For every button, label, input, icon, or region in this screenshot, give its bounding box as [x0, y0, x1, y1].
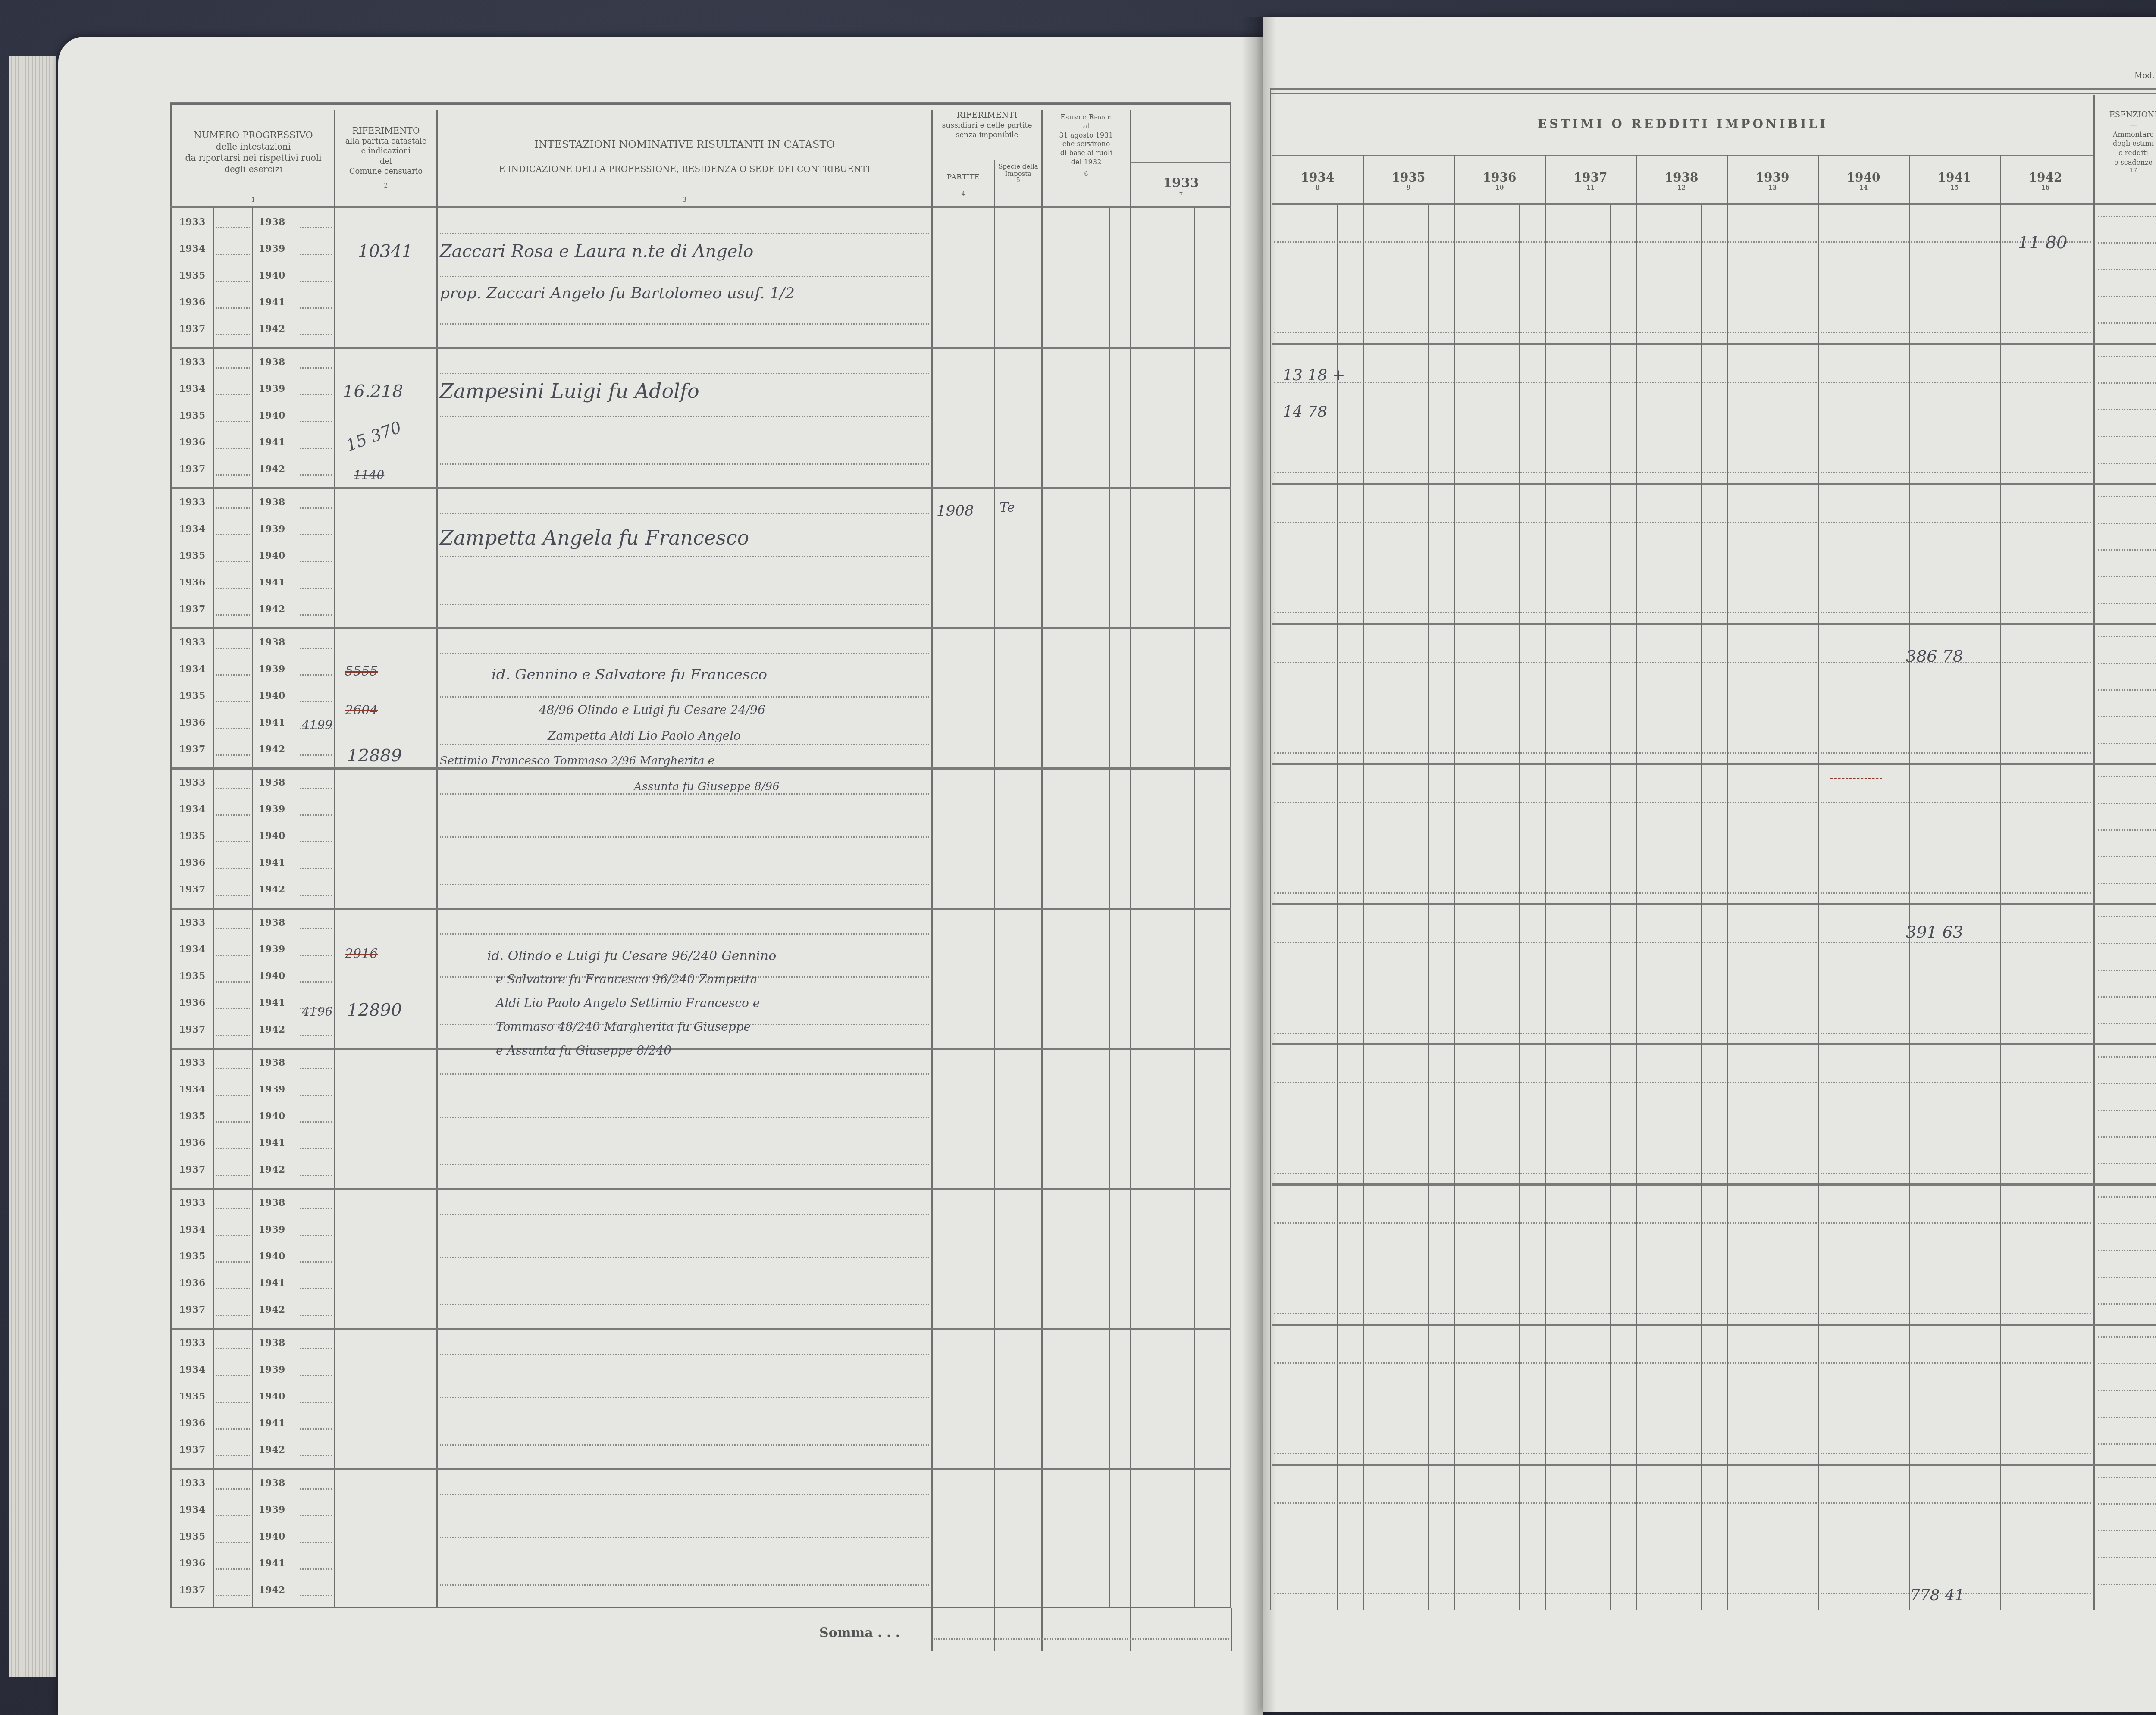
esenzioni-dotted-line	[2098, 1584, 2156, 1585]
years-subheader-line	[1272, 155, 2093, 156]
year-header-text: 1938	[1636, 170, 1727, 185]
year-header-text: 1937	[1545, 170, 1636, 185]
entry-1-line-1: Zaccari Rosa e Laura n.te di Angelo	[440, 241, 753, 261]
right-header-bottom	[1272, 203, 2156, 205]
form-identifier: Mod. 111 - Imposte Dirette (Intercalare)…	[2134, 71, 2156, 80]
esenzioni-dotted-line	[2098, 603, 2156, 604]
entry-2-line-1: Zampesini Luigi fu Adolfo	[440, 379, 699, 403]
year-dotted-line	[300, 1348, 332, 1349]
year-dotted-line	[216, 1008, 250, 1009]
year-dotted-line	[300, 281, 332, 282]
esenzioni-line4: o redditi	[2096, 148, 2156, 158]
year-column-header: 194216	[2000, 170, 2091, 191]
name-dotted-line	[440, 416, 929, 417]
year-dotted-line	[300, 1315, 332, 1316]
year-dotted-line	[216, 701, 250, 702]
col3-number: 3	[438, 196, 931, 204]
partite-header: PARTITE 4	[933, 172, 994, 198]
year-header-number: 8	[1272, 185, 1363, 191]
amount-dotted-line	[1274, 472, 2091, 473]
col-divider-6-7	[1130, 110, 1131, 1608]
esenzioni-dotted-line	[2098, 856, 2156, 857]
year-label: 1933	[179, 357, 205, 368]
year-dotted-line	[300, 1595, 332, 1596]
somma-col-6	[1041, 1608, 1043, 1651]
year-label: 1934	[179, 1224, 205, 1235]
year-dotted-line	[300, 1455, 332, 1456]
name-dotted-line	[440, 744, 929, 745]
col2-number: 2	[335, 182, 436, 190]
esenzioni-left-border	[2093, 95, 2095, 1610]
year-dotted-line	[216, 448, 250, 449]
year-dotted-line	[300, 588, 332, 589]
year-dotted-line	[300, 1148, 332, 1149]
year-column-header: 19348	[1272, 170, 1363, 191]
entry-4-line-3: Zampetta Aldi Lio Paolo Angelo	[548, 729, 741, 743]
year-header-text: 1935	[1363, 170, 1454, 185]
name-dotted-line	[440, 604, 929, 605]
year-dotted-line	[216, 1035, 250, 1036]
year-label: 1936	[179, 437, 205, 448]
name-dotted-line	[440, 373, 929, 374]
entry-10-value-1941: 778 41	[1910, 1587, 1965, 1604]
amount-dotted-line	[1274, 1453, 2091, 1454]
year-column-divider	[1909, 155, 1910, 1610]
year-label: 1938	[259, 777, 285, 788]
year-label: 1933	[179, 1477, 205, 1489]
year-label: 1935	[179, 690, 205, 701]
entry-4-value-1941: 386 78	[1906, 647, 1963, 666]
year-label: 1938	[259, 497, 285, 508]
year-label: 1937	[179, 463, 205, 475]
col7-year: 1933	[1131, 175, 1231, 191]
year-label: 1933	[179, 1197, 205, 1208]
col1-line4: degli esercizi	[172, 163, 334, 175]
esenzioni-dotted-line	[2098, 776, 2156, 777]
name-dotted-line	[440, 1257, 929, 1258]
esenzioni-dotted-line	[2098, 523, 2156, 524]
year-label: 1941	[259, 1558, 285, 1569]
row-block-divider	[172, 1048, 1231, 1050]
year-dotted-line	[216, 227, 250, 228]
col6-header: Estimi o Redditi al 31 agosto 1931 che s…	[1043, 113, 1130, 178]
cents-divider	[2065, 205, 2065, 1610]
year-label: 1934	[179, 944, 205, 955]
year-label: 1942	[259, 1164, 285, 1175]
entry-4-line-5: Assunta fu Giuseppe 8/96	[634, 780, 780, 793]
year-label: 1934	[179, 243, 205, 254]
year-header-text: 1942	[2000, 170, 2091, 185]
cents-divider	[1701, 205, 1702, 1610]
year-label: 1940	[259, 1391, 285, 1402]
year-label: 1934	[179, 1084, 205, 1095]
esenzioni-dotted-line	[2098, 1443, 2156, 1445]
year-dotted-line	[300, 841, 332, 842]
col2-header: RIFERIMENTO alla partita catastale e ind…	[335, 125, 436, 190]
year-dotted-line	[216, 334, 250, 335]
year-dotted-line	[300, 1542, 332, 1543]
esenzioni-dotted-line	[2098, 883, 2156, 884]
esenzioni-dotted-line	[2098, 1530, 2156, 1531]
esenzioni-dotted-line	[2098, 829, 2156, 831]
amount-dotted-line	[1274, 1173, 2091, 1174]
esenzioni-dotted-line	[2098, 1163, 2156, 1164]
amount-dotted-line	[1274, 332, 2091, 333]
year-dotted-line	[300, 895, 332, 896]
year-dotted-line	[300, 307, 332, 309]
left-header-bottom	[170, 206, 1231, 208]
year-label: 1935	[179, 1251, 205, 1262]
entry-3-partite-ref: 1908	[937, 502, 974, 520]
partite-label: PARTITE	[933, 172, 994, 182]
col1-header: NUMERO PROGRESSIVO delle intestazioni da…	[172, 129, 334, 204]
entry-4-line-1: id. Gennino e Salvatore fu Francesco	[492, 666, 767, 683]
year-dotted-line	[216, 1542, 250, 1543]
year-column-header: 193610	[1454, 170, 1545, 191]
year-column-divider	[1727, 155, 1728, 1610]
esenzioni-dotted-line	[2098, 463, 2156, 464]
year-dotted-line	[216, 1175, 250, 1176]
year-label: 1939	[259, 804, 285, 815]
year-dotted-line	[216, 394, 250, 395]
col-divider-2-3	[436, 110, 438, 1608]
year-dotted-line	[300, 1288, 332, 1289]
year-label: 1938	[259, 1337, 285, 1349]
year-label: 1938	[259, 1197, 285, 1208]
year-dotted-line	[300, 474, 332, 476]
year-label: 1937	[179, 1024, 205, 1035]
right-row-block-divider	[1272, 1324, 2156, 1326]
right-table-top	[1270, 88, 2156, 90]
year-dotted-line	[300, 1068, 332, 1069]
amount-dotted-line	[1274, 802, 2091, 803]
amount-dotted-line	[1274, 892, 2091, 894]
year-label: 1941	[259, 297, 285, 308]
year-dotted-line	[216, 614, 250, 616]
year-label: 1941	[259, 1137, 285, 1149]
esenzioni-dotted-line	[2098, 1196, 2156, 1198]
year-label: 1933	[179, 216, 205, 228]
year-label: 1939	[259, 1084, 285, 1095]
cents-divider	[1974, 205, 1974, 1610]
year-dotted-line	[300, 448, 332, 449]
year-dotted-line	[300, 1035, 332, 1036]
esenzioni-dotted-line	[2098, 636, 2156, 637]
esenzioni-dotted-line	[2098, 296, 2156, 297]
year-dotted-line	[216, 421, 250, 422]
year-column-divider	[1454, 155, 1455, 1610]
year-dotted-line	[216, 1568, 250, 1570]
esenzioni-dotted-line	[2098, 1477, 2156, 1478]
entry-4-progressive-note: 4199	[302, 718, 332, 732]
esenzioni-dotted-line	[2098, 1503, 2156, 1505]
year-dotted-line	[300, 394, 332, 395]
entry-6-partita-struck: 2916	[345, 946, 378, 961]
year-header-number: 13	[1727, 185, 1818, 191]
somma-col-5	[994, 1608, 995, 1651]
col-divider-1-2	[334, 110, 335, 1608]
year-label: 1941	[259, 437, 285, 448]
entry-6-line-3: Aldi Lio Paolo Angelo Settimio Francesco…	[496, 996, 760, 1010]
row-block-divider	[172, 1328, 1231, 1330]
entry-6-line-2: e Salvatore fu Francesco 96/240 Zampetta	[496, 972, 757, 986]
right-row-block-divider	[1272, 623, 2156, 625]
year-label: 1934	[179, 1504, 205, 1515]
year-label: 1941	[259, 1277, 285, 1289]
year-dotted-line	[300, 1235, 332, 1236]
esenzioni-dotted-line	[2098, 663, 2156, 664]
name-dotted-line	[440, 1584, 929, 1586]
estimi-group-title: ESTIMI O REDDITI IMPONIBILI	[1272, 116, 2093, 132]
year-label: 1938	[259, 637, 285, 648]
rif-line3: senza imponibile	[933, 130, 1041, 140]
year-column-divider	[2000, 155, 2001, 1610]
year-dotted-line	[300, 1375, 332, 1376]
year-header-text: 1934	[1272, 170, 1363, 185]
year-label: 1939	[259, 243, 285, 254]
year-dotted-line	[216, 868, 250, 869]
col6-line4: che servirono	[1043, 140, 1130, 149]
year-label: 1940	[259, 970, 285, 982]
name-dotted-line	[440, 1397, 929, 1398]
entry-2-value-a: 13 18 +	[1283, 366, 1345, 384]
year-dotted-line	[300, 367, 332, 369]
year-label: 1940	[259, 690, 285, 701]
year-label: 1936	[179, 1418, 205, 1429]
col2-line3: e indicazioni	[335, 146, 436, 156]
name-dotted-line	[440, 1073, 929, 1075]
col6-line3: 31 agosto 1931	[1043, 131, 1130, 140]
year-dotted-line	[216, 648, 250, 649]
red-mark	[1830, 778, 1882, 779]
year-column-header: 194014	[1818, 170, 1909, 191]
entry-4-line-2: 48/96 Olindo e Luigi fu Cesare 24/96	[539, 703, 765, 717]
col7-number: 7	[1131, 191, 1231, 199]
amount-dotted-line	[1274, 1362, 2091, 1364]
year-label: 1937	[179, 744, 205, 755]
amount-dotted-line	[1274, 382, 2091, 383]
year-dotted-line	[216, 507, 250, 509]
year-dotted-line	[216, 367, 250, 369]
esenzioni-dotted-line	[2098, 1303, 2156, 1305]
somma-col-4	[931, 1608, 933, 1651]
right-row-block-divider	[1272, 903, 2156, 905]
year-label: 1940	[259, 550, 285, 561]
year-dotted-line	[300, 1402, 332, 1403]
year-dotted-line	[300, 955, 332, 956]
year-dotted-line	[216, 1455, 250, 1456]
somma-label: Somma . . .	[819, 1625, 900, 1640]
year-label: 1939	[259, 1224, 285, 1235]
year-label: 1942	[259, 744, 285, 755]
year-header-number: 16	[2000, 185, 2091, 191]
amount-dotted-line	[1274, 752, 2091, 754]
year-dotted-line	[300, 814, 332, 816]
year-column-divider	[1545, 155, 1546, 1610]
left-table-top-double	[170, 102, 1231, 103]
col2-line2: alla partita catastale	[335, 136, 436, 146]
year-label: 1939	[259, 663, 285, 675]
year-dotted-line	[300, 1121, 332, 1123]
specie-label: Specie della Imposta	[995, 163, 1041, 177]
col-divider-3-4	[931, 110, 933, 1608]
year-header-number: 15	[1909, 185, 2000, 191]
year-dotted-line	[300, 507, 332, 509]
esenzioni-dotted-line	[2098, 1056, 2156, 1058]
year-label: 1942	[259, 1024, 285, 1035]
year-column-header: 193913	[1727, 170, 1818, 191]
year-dotted-line	[216, 281, 250, 282]
year-label: 1942	[259, 1444, 285, 1455]
year-label: 1939	[259, 1504, 285, 1515]
year-label: 1934	[179, 1364, 205, 1375]
year-label: 1934	[179, 383, 205, 394]
amount-dotted-line	[1274, 1033, 2091, 1034]
col7-header: 1933 7	[1131, 175, 1231, 199]
amount-dotted-line	[1274, 1082, 2091, 1083]
year-dotted-line	[300, 534, 332, 535]
entry-6-partita: 12890	[347, 1000, 402, 1020]
year-label: 1941	[259, 1418, 285, 1429]
year-dotted-line	[216, 788, 250, 789]
row-block-divider	[172, 487, 1231, 489]
esenzioni-dotted-line	[2098, 1110, 2156, 1111]
year-dotted-line	[216, 955, 250, 956]
esenzioni-dotted-line	[2098, 743, 2156, 744]
year-dotted-line	[300, 1488, 332, 1490]
year-dotted-line	[300, 648, 332, 649]
esenzioni-dotted-line	[2098, 1023, 2156, 1024]
year-dotted-line	[216, 1235, 250, 1236]
year-dotted-line	[216, 1595, 250, 1596]
amount-dotted-line	[1274, 612, 2091, 613]
year-dotted-line	[216, 1148, 250, 1149]
year-dotted-line	[300, 254, 332, 255]
year-label: 1934	[179, 523, 205, 535]
esenzioni-dotted-line	[2098, 1136, 2156, 1138]
esenzioni-dotted-line	[2098, 322, 2156, 324]
esenzioni-line2: Ammontare	[2096, 130, 2156, 139]
year-dotted-line	[300, 227, 332, 228]
year-label: 1936	[179, 857, 205, 868]
year-label: 1942	[259, 1584, 285, 1596]
year-label: 1934	[179, 804, 205, 815]
year-dotted-line	[216, 307, 250, 309]
year-label: 1940	[259, 1111, 285, 1122]
year-label: 1938	[259, 357, 285, 368]
year-label: 1940	[259, 1531, 285, 1542]
page-edges	[9, 56, 56, 1677]
year-label: 1941	[259, 577, 285, 588]
esenzioni-dotted-line	[2098, 943, 2156, 944]
year-label: 1936	[179, 717, 205, 728]
entry-1-partita: 10341	[358, 241, 413, 261]
year-label: 1941	[259, 717, 285, 728]
year-label: 1935	[179, 1531, 205, 1542]
year-label: 1933	[179, 1057, 205, 1068]
year-dotted-line	[216, 814, 250, 816]
year-dotted-line	[300, 868, 332, 869]
year-label: 1937	[179, 884, 205, 895]
year-dotted-line	[300, 1515, 332, 1516]
name-dotted-line	[440, 1537, 929, 1538]
year-column-divider	[1636, 155, 1637, 1610]
esenzioni-dotted-line	[2098, 242, 2156, 244]
entry-1-value-1942: 11 80	[2018, 233, 2068, 253]
name-dotted-line	[440, 653, 929, 654]
year-label: 1938	[259, 1057, 285, 1068]
esenzioni-dotted-line	[2098, 803, 2156, 804]
right-row-block-divider	[1272, 763, 2156, 765]
year-dotted-line	[216, 254, 250, 255]
year-label: 1938	[259, 216, 285, 228]
esenzioni-dotted-line	[2098, 382, 2156, 384]
year-dotted-line	[216, 841, 250, 842]
esenzioni-dotted-line	[2098, 689, 2156, 691]
cents-divider	[1519, 205, 1520, 1610]
year-dotted-line	[300, 754, 332, 756]
year-dotted-line	[216, 1121, 250, 1123]
cents-divider	[1428, 205, 1429, 1610]
row-block-divider	[172, 347, 1231, 349]
year-label: 1939	[259, 944, 285, 955]
year-dotted-line	[216, 1068, 250, 1069]
name-dotted-line	[440, 793, 929, 795]
name-dotted-line	[440, 1494, 929, 1495]
entry-2-partita-struck: 1140	[354, 468, 384, 482]
esenzioni-number: 17	[2096, 167, 2156, 175]
row-block-divider	[172, 908, 1231, 910]
amount-dotted-line	[1274, 1593, 2091, 1594]
right-row-block-divider	[1272, 1043, 2156, 1045]
year-label: 1940	[259, 270, 285, 281]
year-label: 1942	[259, 884, 285, 895]
year-label: 1939	[259, 523, 285, 535]
name-dotted-line	[440, 696, 929, 698]
somma-dotted	[934, 1638, 1229, 1640]
entry-6-line-1: id. Olindo e Luigi fu Cesare 96/240 Genn…	[487, 948, 776, 964]
year-dotted-line	[300, 1568, 332, 1570]
name-dotted-line	[440, 1444, 929, 1446]
year-label: 1942	[259, 463, 285, 475]
right-table-left	[1270, 88, 1271, 1610]
esenzioni-dash: —	[2096, 120, 2156, 130]
col-divider-5-6	[1041, 110, 1043, 1608]
year-label: 1936	[179, 577, 205, 588]
year-label: 1936	[179, 1558, 205, 1569]
year-dotted-line	[300, 1428, 332, 1430]
year-label: 1937	[179, 1444, 205, 1455]
year-dotted-line	[300, 674, 332, 676]
year-dotted-line	[216, 561, 250, 562]
year-dotted-line	[300, 701, 332, 702]
entry-2-value-b: 14 78	[1283, 403, 1327, 421]
year-header-text: 1940	[1818, 170, 1909, 185]
amount-dotted-line	[1274, 942, 2091, 943]
cents-divider	[1337, 205, 1338, 1610]
year-label: 1933	[179, 777, 205, 788]
cents-divider	[1792, 205, 1792, 1610]
year-dotted-line	[300, 1175, 332, 1176]
year-dotted-line	[216, 1428, 250, 1430]
esenzioni-dotted-line	[2098, 549, 2156, 551]
esenzioni-dotted-line	[2098, 1083, 2156, 1084]
year-label: 1935	[179, 830, 205, 842]
year-dotted-line	[216, 1402, 250, 1403]
partite-number: 4	[933, 191, 994, 198]
year-dotted-line	[300, 788, 332, 789]
col3-subtitle: E INDICAZIONE DELLA PROFESSIONE, RESIDEN…	[438, 163, 931, 175]
